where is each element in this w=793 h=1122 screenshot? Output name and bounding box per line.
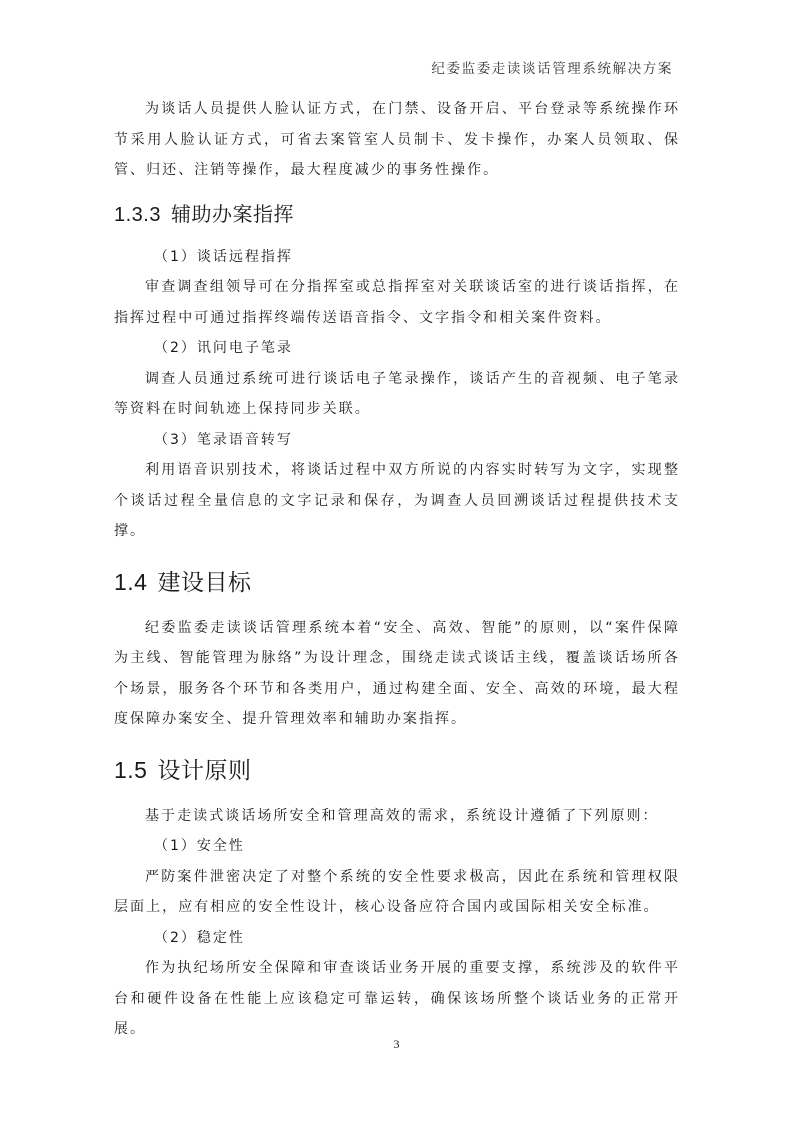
paragraph: 作为执纪场所安全保障和审查谈话业务开展的重要支撑，系统涉及的软件平台和硬件设备在… xyxy=(114,953,680,1045)
subsection-title: （2）讯问电子笔录 xyxy=(114,333,680,364)
subsection-title: （2）稳定性 xyxy=(114,923,680,954)
paragraph: 利用语音识别技术，将谈话过程中双方所说的内容实时转写为文字，实现整个谈话过程全量… xyxy=(114,455,680,547)
section-heading-1-3-3: 1.3.3辅助办案指挥 xyxy=(114,200,680,230)
paragraph: 调查人员通过系统可进行谈话电子笔录操作，谈话产生的音视频、电子笔录等资料在时间轨… xyxy=(114,364,680,425)
section-title: 辅助办案指挥 xyxy=(171,204,294,226)
section-number: 1.3.3 xyxy=(114,204,161,226)
section-heading-1-4: 1.4建设目标 xyxy=(114,565,680,599)
subsection-title: （1）安全性 xyxy=(114,831,680,862)
section-number: 1.4 xyxy=(114,569,147,595)
section-number: 1.5 xyxy=(114,757,147,783)
document-body: 为谈话人员提供人脸认证方式，在门禁、设备开启、平台登录等系统操作环节采用人脸认证… xyxy=(114,94,680,1045)
section-title: 建设目标 xyxy=(157,569,251,595)
page-number: 3 xyxy=(0,1037,793,1052)
paragraph: 严防案件泄密决定了对整个系统的安全性要求极高，因此在系统和管理权限层面上，应有相… xyxy=(114,862,680,923)
running-header: 纪委监委走读谈话管理系统解决方案 xyxy=(431,57,673,77)
subsection-title: （1）谈话远程指挥 xyxy=(114,242,680,273)
section-title: 设计原则 xyxy=(157,757,251,783)
paragraph: 为谈话人员提供人脸认证方式，在门禁、设备开启、平台登录等系统操作环节采用人脸认证… xyxy=(114,94,680,186)
paragraph: 纪委监委走读谈话管理系统本着“安全、高效、智能”的原则，以“案件保障为主线、智能… xyxy=(114,613,680,735)
paragraph: 基于走读式谈话场所安全和管理高效的需求，系统设计遵循了下列原则： xyxy=(114,801,680,832)
paragraph: 审查调查组领导可在分指挥室或总指挥室对关联谈话室的进行谈话指挥，在指挥过程中可通… xyxy=(114,272,680,333)
subsection-title: （3）笔录语音转写 xyxy=(114,425,680,456)
section-heading-1-5: 1.5设计原则 xyxy=(114,753,680,787)
